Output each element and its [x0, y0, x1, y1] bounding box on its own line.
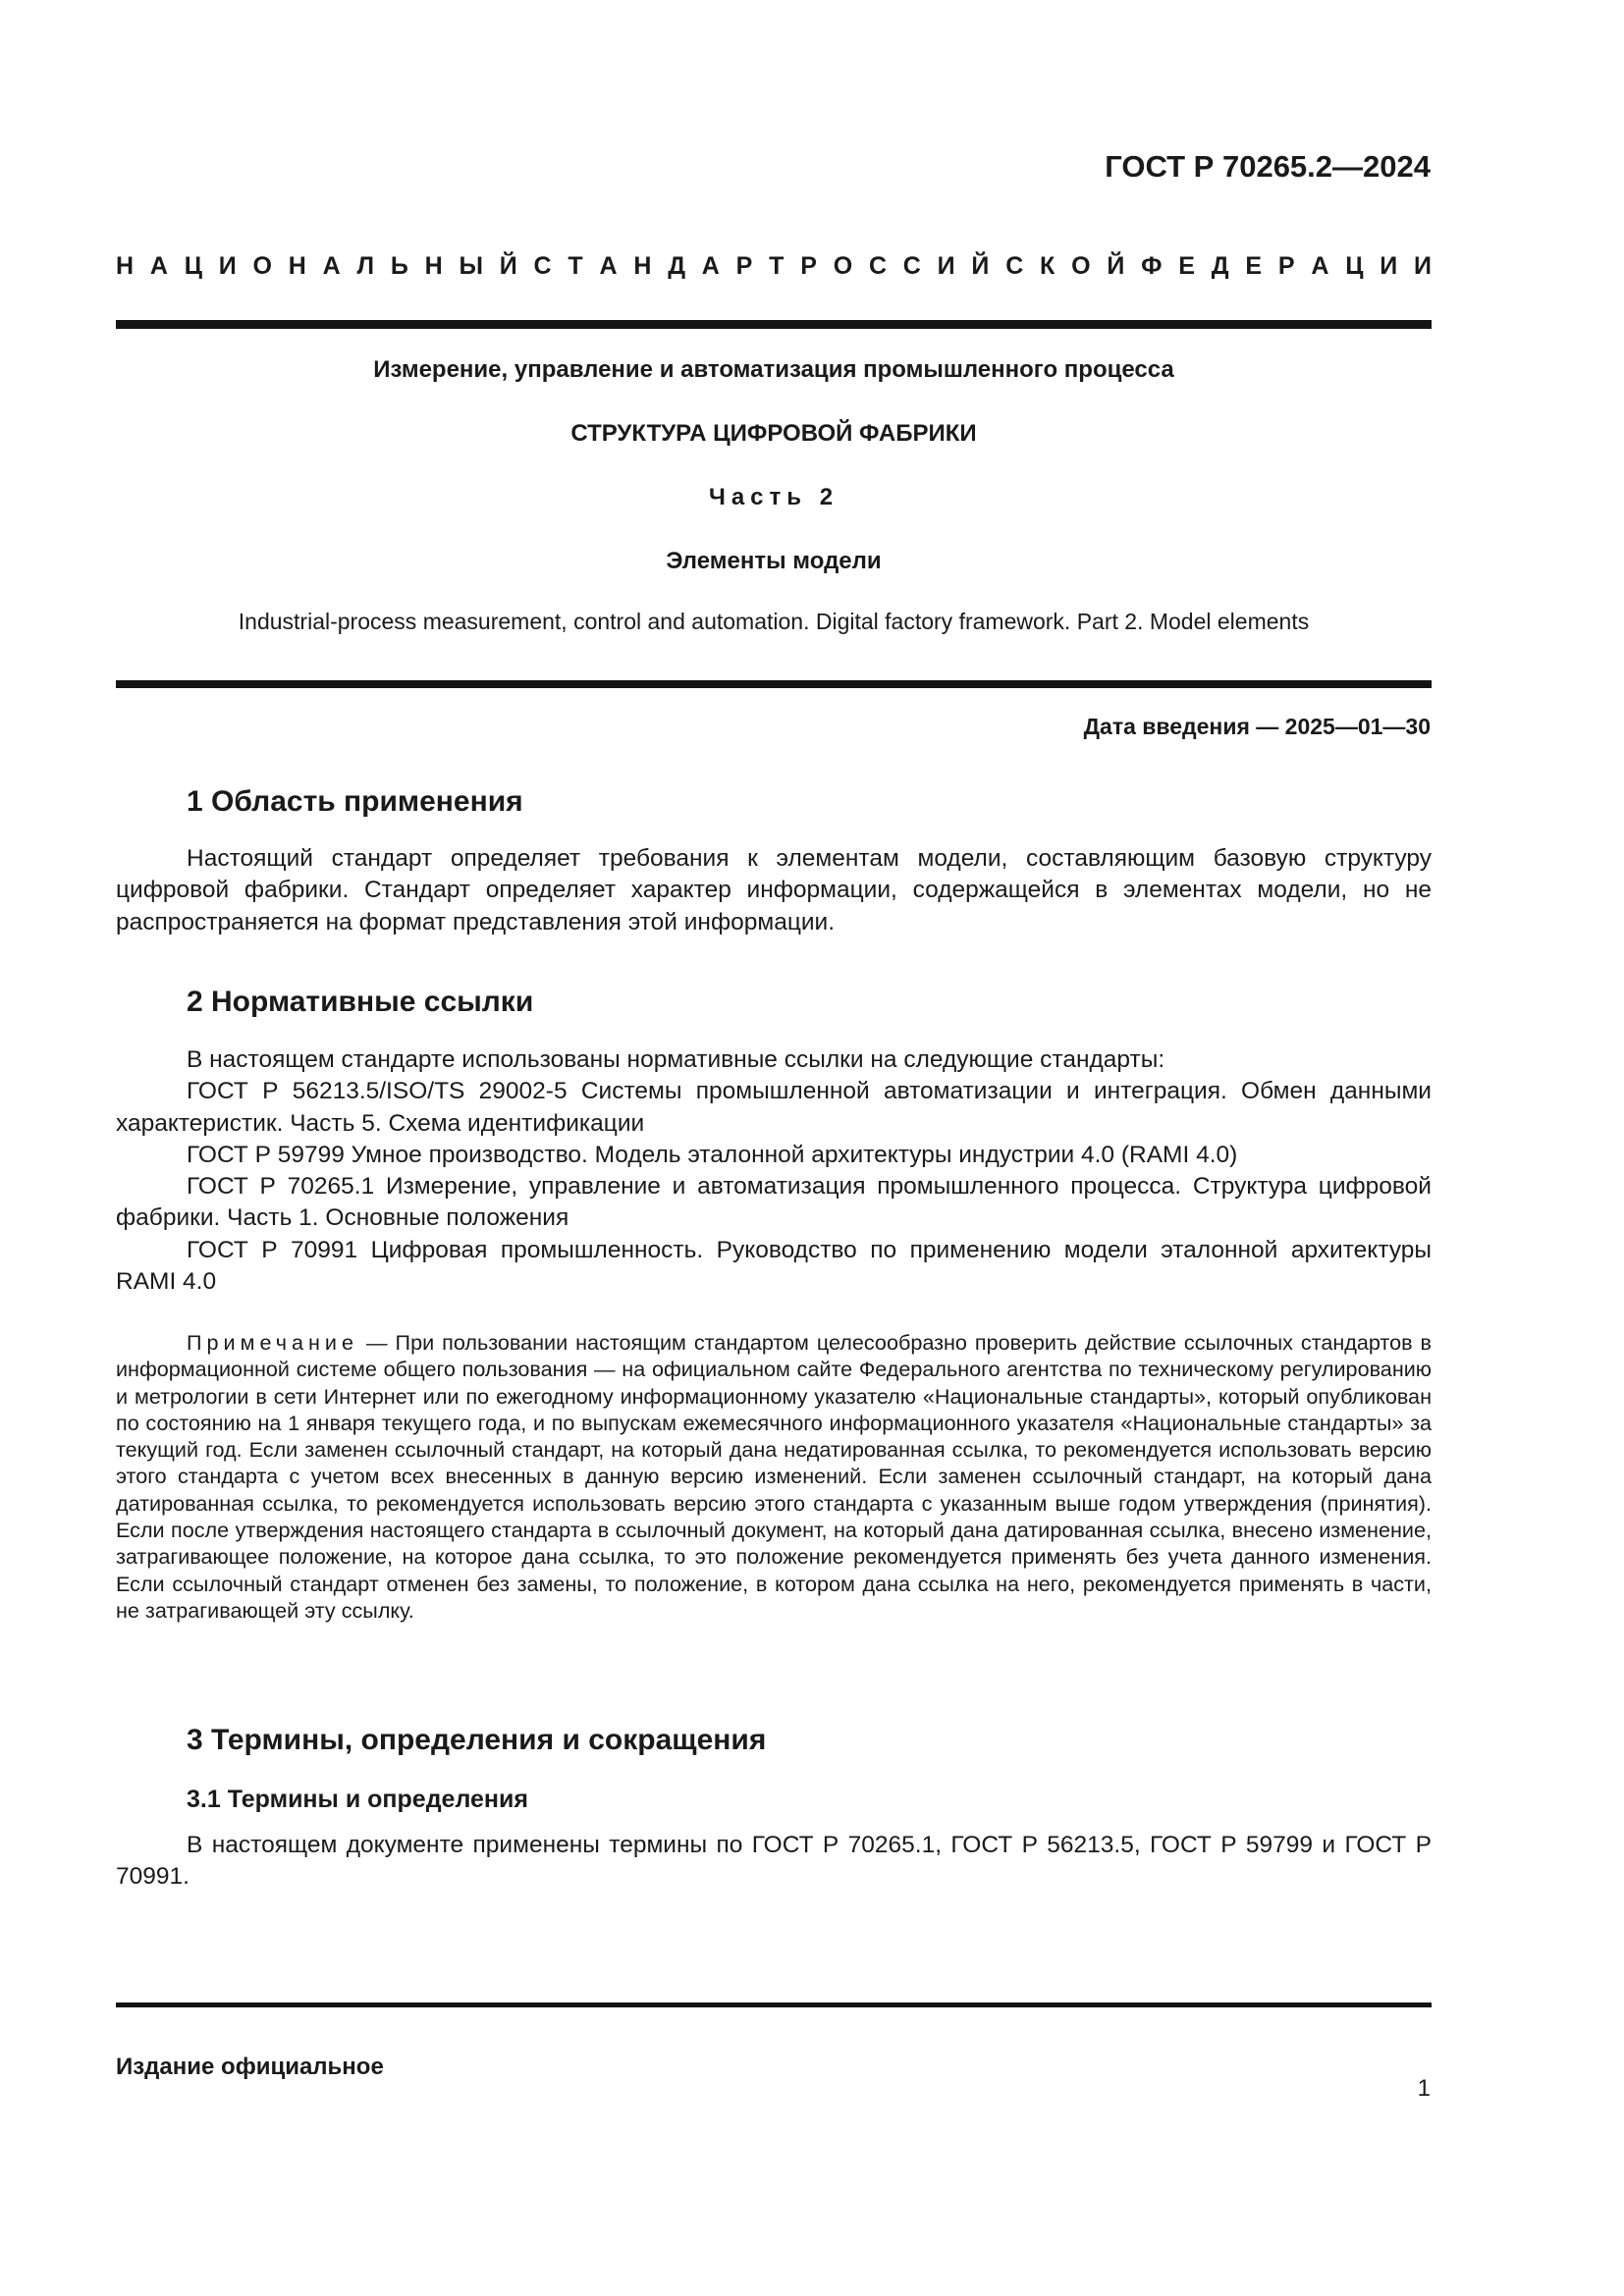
- edition-label: Издание официальное: [116, 2054, 384, 2081]
- footer-divider: [116, 2002, 1432, 2007]
- document-number: ГОСТ Р 70265.2—2024: [1105, 149, 1431, 185]
- section-2-text: В настоящем стандарте использованы норма…: [116, 1044, 1432, 1298]
- introduction-date: Дата введения — 2025—01—30: [1084, 714, 1431, 740]
- note-text: — При пользовании настоящим стандартом ц…: [116, 1330, 1432, 1623]
- title-subtitle: Элементы модели: [116, 548, 1432, 575]
- paragraph: Настоящий стандарт определяет требования…: [116, 843, 1432, 938]
- title-line-1: Измерение, управление и автоматизация пр…: [116, 356, 1432, 384]
- page-number: 1: [1418, 2075, 1431, 2103]
- english-title: Industrial-process measurement, control …: [116, 609, 1432, 635]
- reference-item: ГОСТ Р 70265.1 Измерение, управление и а…: [116, 1171, 1432, 1235]
- section-3-text: В настоящем документе применены термины …: [116, 1830, 1432, 1894]
- section-3-1-heading: 3.1 Термины и определения: [187, 1786, 528, 1814]
- title-part: Часть 2: [116, 484, 1432, 511]
- section-1-text: Настоящий стандарт определяет требования…: [116, 843, 1432, 938]
- reference-item: ГОСТ Р 59799 Умное производство. Модель …: [116, 1140, 1432, 1171]
- top-divider: [116, 320, 1432, 329]
- paragraph: В настоящем стандарте использованы норма…: [116, 1044, 1432, 1076]
- national-standard-banner: Н А Ц И О Н А Л Ь Н Ы Й С Т А Н Д А Р Т …: [116, 252, 1432, 281]
- reference-item: ГОСТ Р 56213.5/ISO/TS 29002-5 Системы пр…: [116, 1076, 1432, 1140]
- section-1-heading: 1 Область применения: [187, 785, 523, 819]
- reference-item: ГОСТ Р 70991 Цифровая промышленность. Ру…: [116, 1235, 1432, 1299]
- reference-note: Примечание — При пользовании настоящим с…: [116, 1329, 1432, 1624]
- note-label: Примечание: [187, 1330, 358, 1355]
- title-divider: [116, 680, 1432, 688]
- section-2-heading: 2 Нормативные ссылки: [187, 986, 533, 1019]
- title-line-2: СТРУКТУРА ЦИФРОВОЙ ФАБРИКИ: [116, 420, 1432, 448]
- national-standard-text: Н А Ц И О Н А Л Ь Н Ы Й С Т А Н Д А Р Т …: [116, 252, 1432, 281]
- paragraph: В настоящем документе применены термины …: [116, 1830, 1432, 1894]
- section-3-heading: 3 Термины, определения и сокращения: [187, 1724, 766, 1757]
